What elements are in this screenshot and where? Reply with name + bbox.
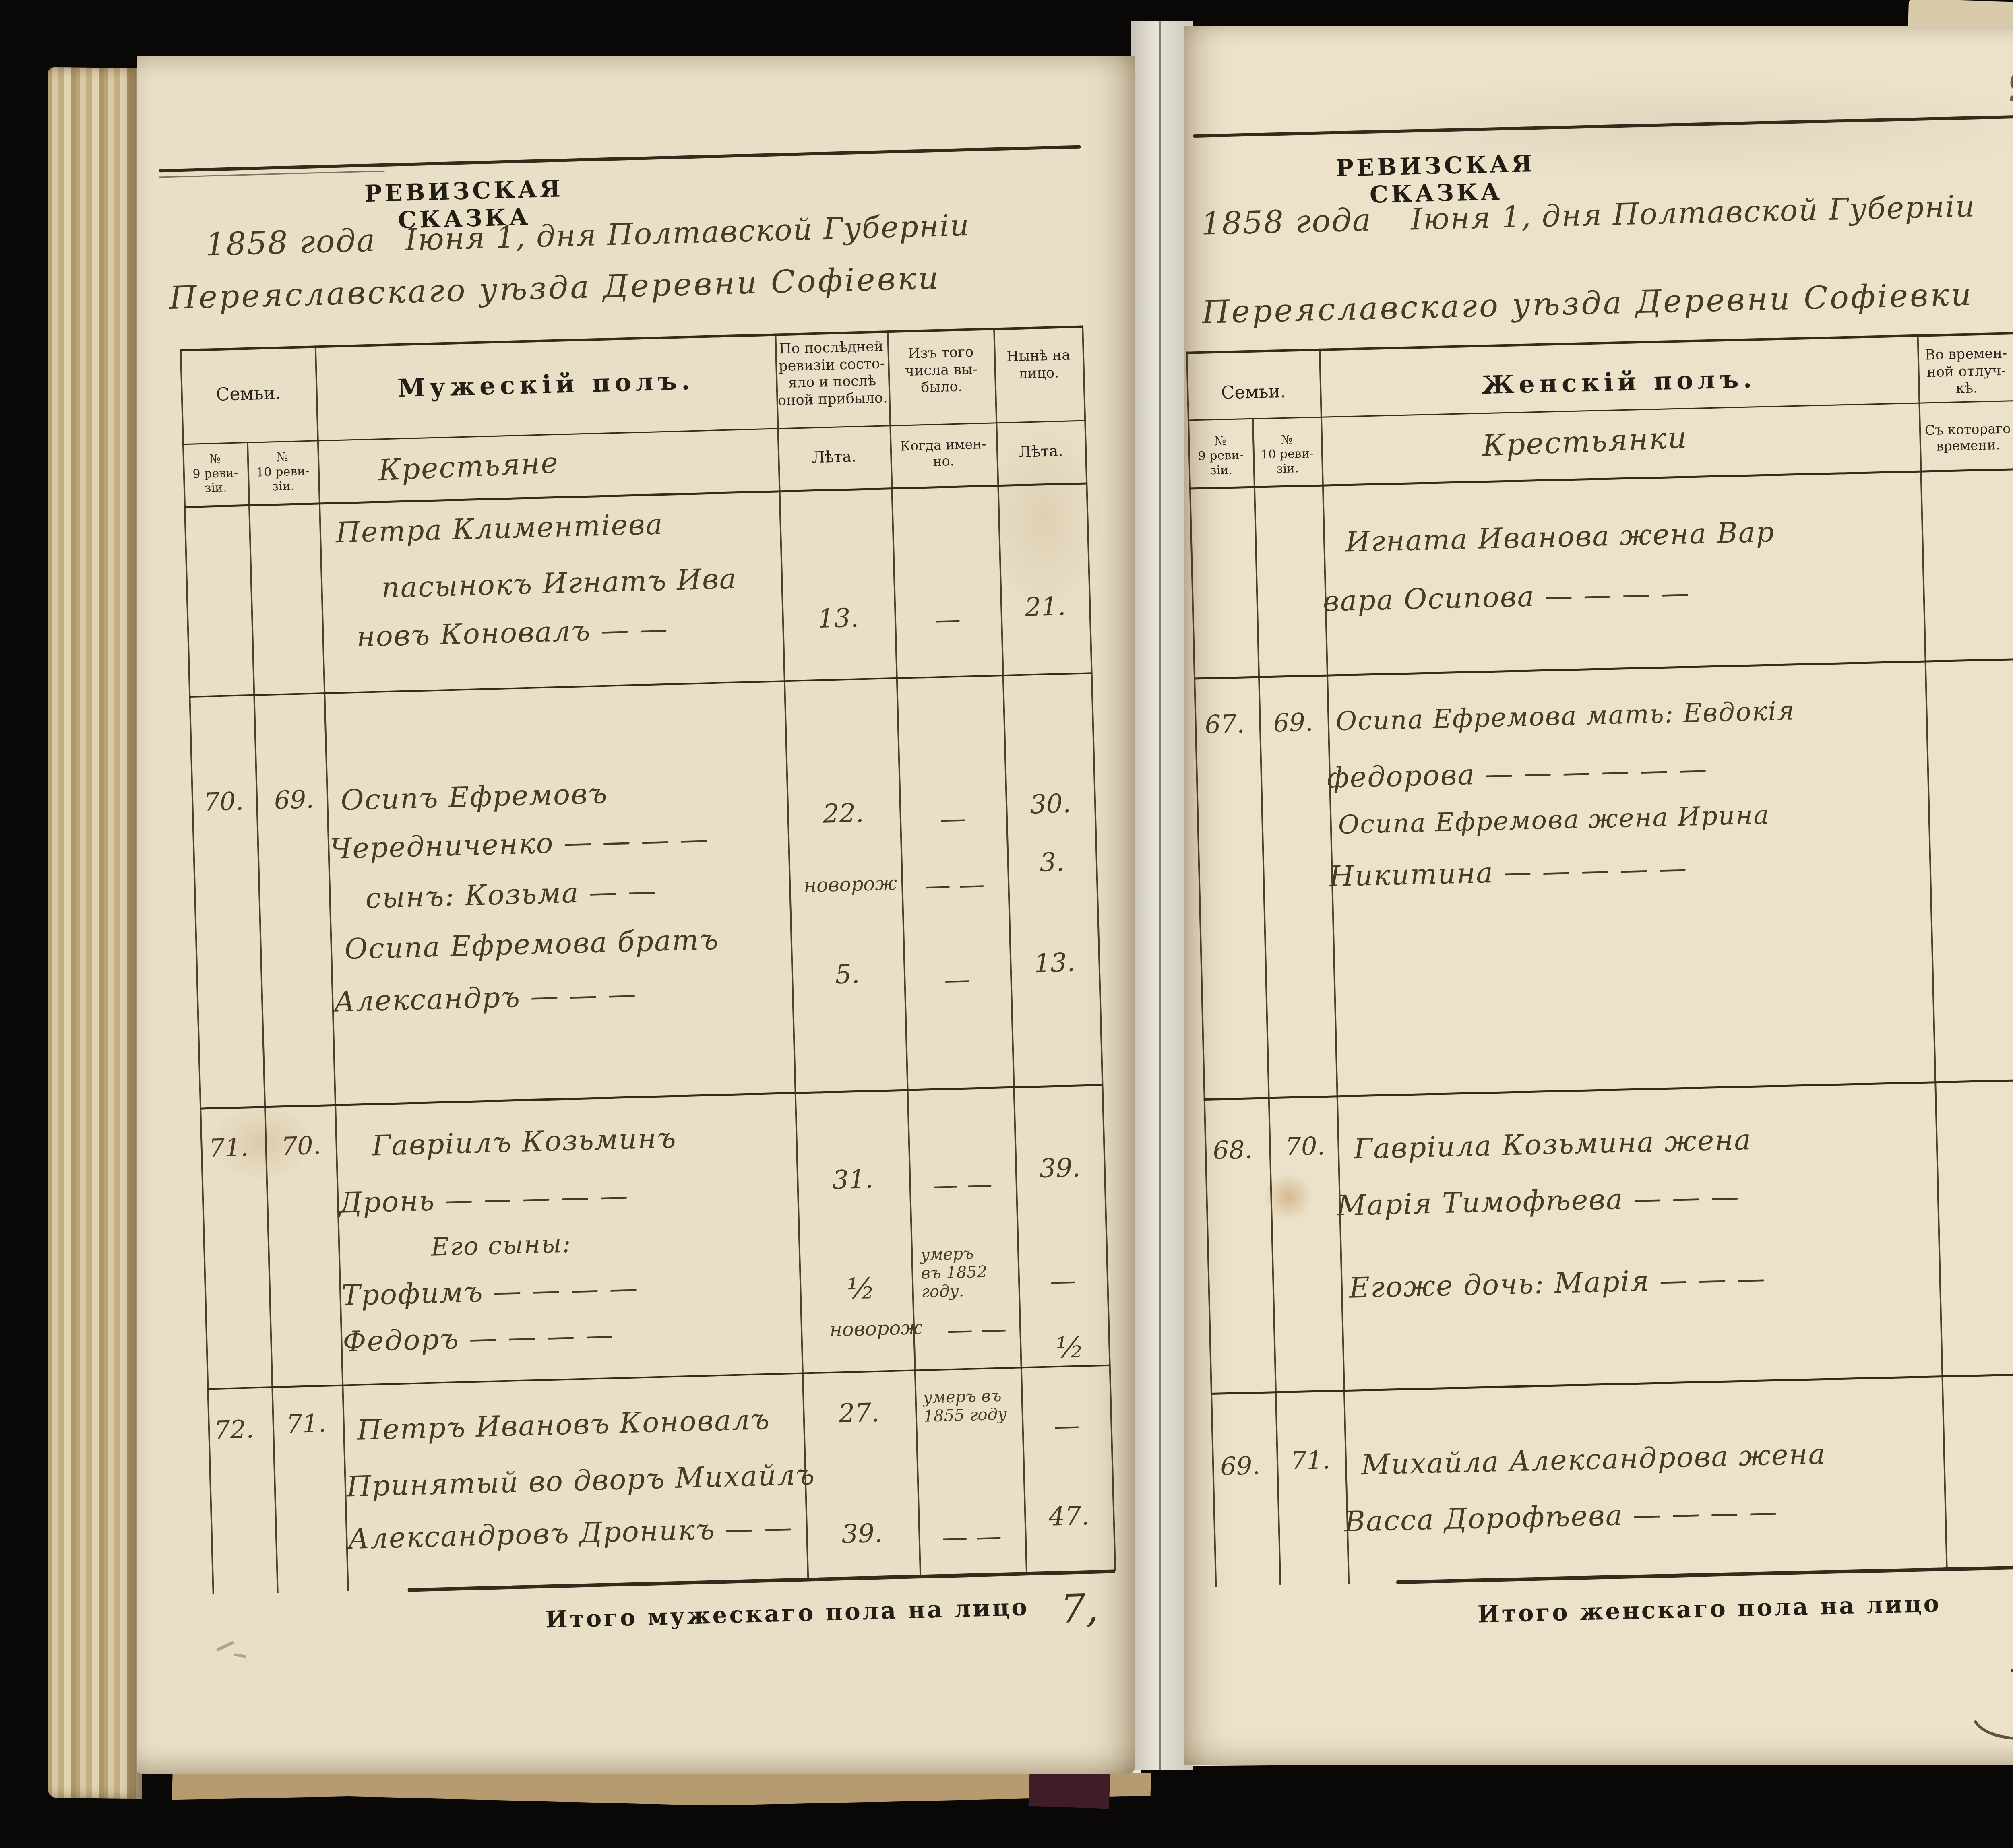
header-rev9: № 9 реви- зіи. [183,451,248,496]
subheader-since-when: Съ котораго времени. [1919,420,2013,454]
age-now: 39. [1039,1153,1081,1184]
family-no-9rev: 72. [214,1414,254,1445]
printed-rule [1193,112,2013,138]
total-label: Итого женскаго пола на лицо [1477,1590,1941,1628]
gutter-crease [1159,21,1161,1770]
entry-line: Васса Дорофѣева — — — — [1344,1495,1779,1538]
age-now: 47. [1048,1501,1090,1532]
age-now: 21. [1024,592,1066,623]
header-male-sex: Мужескій полъ. [316,364,777,405]
printed-rule-thin [159,171,385,178]
when-value: — — [932,1169,993,1201]
table-line [1252,418,1281,1585]
age-prev: 27. [838,1398,880,1429]
entry-line: Дронь — — — — — [339,1179,629,1220]
right-page-female: 973 97. РЕВИЗСКАЯ СКАЗКА 1858 года Іюня … [1184,26,2013,1765]
age-prev: 31. [832,1165,874,1196]
header-rev10: № 10 реви- зіи. [1252,432,1322,477]
entry-line: Гавріила Козьмина жена [1354,1123,1752,1165]
newborn-note: новорож [804,872,897,897]
entry-line: федорова — — — — — — [1327,752,1708,794]
family-no-9rev: 70. [203,787,244,817]
subheader-when: Когда имен- но. [890,436,997,470]
newborn-note: новорож [829,1316,923,1341]
family-no-10rev: 69. [1273,707,1313,737]
archive-page-number: 973 [2005,57,2013,111]
age-now: ½ [1055,1330,1084,1365]
when-value: — — [947,1314,1007,1345]
table-bottom-rule [408,1569,1116,1592]
age-now: 30. [1029,789,1071,820]
age-prev: 13. [817,603,859,634]
table-line [887,330,921,1576]
table-line [1186,352,1217,1587]
book-cover-sliver [1029,1772,1110,1809]
header-family: Семьи. [181,382,316,406]
entry-line: новъ Коновалъ — — [356,612,669,653]
entry-line: Михайла Александрова жена [1361,1437,1826,1481]
age-prev: 22. [823,798,864,829]
death-note: умеръ въ 1855 году [923,1386,1007,1425]
table-line [1211,1371,2013,1395]
table-line [775,333,809,1579]
age-now: — [1054,1411,1080,1441]
table-line [1194,656,2013,679]
entry-line: Гавріилъ Козьминъ [372,1121,677,1162]
age-prev: 39. [841,1519,883,1550]
header-departed: Изъ того числа вы- было. [887,343,995,397]
entry-line: Осипа Ефремова жена Ирина [1338,800,1770,840]
entry-line: Александръ — — — [333,977,637,1018]
header-family: Семьи. [1187,380,1320,404]
entry-line: Егоже дочь: Марія — — — [1349,1262,1766,1304]
table-line [180,349,214,1594]
flourish-swash [1913,1617,2013,1755]
entry-line: Игната Иванова жена Вар [1345,515,1775,558]
family-no-10rev: 70. [281,1131,321,1161]
place-line: Переяславскаго уѣзда Деревни Софіевки [1202,277,1974,331]
entry-line: Принятый во дворъ Михайлъ [346,1458,816,1503]
entry-line: пасынокъ Игнатъ Ива [381,562,737,604]
when-value: — [940,804,966,834]
entry-line: сынъ: Козьма — — [365,874,657,915]
family-no-10rev: 69. [274,785,314,815]
entry-line: Осипъ Ефремовъ [340,777,608,817]
family-no-9rev: 71. [209,1133,249,1163]
category-script: Крестьянки [1482,420,1688,463]
header-female-sex: Женскій полъ. [1319,360,1918,404]
family-no-9rev: 67. [1205,709,1245,739]
book-page-edges-left [48,67,142,1799]
table-line [1188,399,2013,421]
age-now: — [1050,1266,1076,1297]
table-top-rule [1186,330,2013,354]
family-no-9rev: 69. [1220,1451,1260,1481]
death-note: умеръ въ 1852 году. [920,1244,988,1301]
left-page-male: РЕВИЗСКАЯ СКАЗКА 1858 года Іюня 1, дня П… [137,56,1135,1774]
family-no-9rev: 68. [1213,1135,1253,1165]
entry-line: Осипа Ефремова братъ [344,923,719,966]
printed-rule [159,145,1081,173]
entry-line: Чередниченко — — — — [329,822,709,865]
entry-line: Марія Тимофѣева — — — [1337,1180,1740,1222]
entry-line: Петра Климентіева [335,508,664,549]
table-line [1204,1077,2013,1101]
entry-line: Александровъ Дроникъ — — [347,1511,793,1555]
entry-line: вара Осипова — — — — [1323,576,1690,617]
entry-line: Его сыны: [430,1229,572,1262]
total-value: 7, [1060,1586,1099,1632]
when-value: — [934,605,961,635]
entry-line: Федоръ — — — — [342,1318,614,1359]
when-value: — — [942,1522,1002,1553]
age-now: 13. [1034,948,1076,979]
date-year: 1858 года [1201,202,1372,242]
family-no-10rev: 71. [286,1408,327,1439]
when-value: — [944,964,971,995]
age-prev: ½ [846,1271,875,1306]
entry-line: Осипа Ефремова мать: Евдокія [1335,696,1795,737]
header-rev10: № 10 реви- зіи. [247,449,318,495]
header-temp-absence: Во времен- ной отлуч- кѣ. [1917,345,2013,399]
total-label: Итого мужескаго пола на лицо [545,1593,1029,1633]
age-prev: 5. [835,960,860,990]
table-line [1082,326,1116,1571]
age-now: 3. [1039,847,1064,878]
table-bottom-rule [1396,1563,2013,1584]
family-no-10rev: 70. [1285,1131,1325,1161]
table-line [1917,334,1947,1570]
header-rev9: № 9 реви- зіи. [1188,434,1254,479]
archival-book-scan: 970 РЕВИЗСКАЯ СКАЗКА 1858 года Іюня 1, д… [0,0,2013,1848]
header-now-present: Нынѣ на лицо. [994,347,1083,383]
subheader-leta: Лѣта. [778,446,891,467]
subheader-leta2: Лѣта. [996,442,1085,462]
header-prev-revision: По послѣдней ревизіи состо- яло и послѣ … [775,338,889,409]
family-no-10rev: 71. [1290,1445,1331,1475]
when-value: — — [924,869,985,901]
place-line: Переяславскаго уѣзда Деревни Софіевки [169,260,941,316]
entry-line: Трофимъ — — — — [341,1271,639,1312]
category-script: Крестьяне [378,446,559,487]
entry-line: Петръ Ивановъ Коновалъ [357,1403,771,1447]
date-year: 1858 года [205,222,376,263]
entry-line: Никитина — — — — — [1329,852,1688,893]
